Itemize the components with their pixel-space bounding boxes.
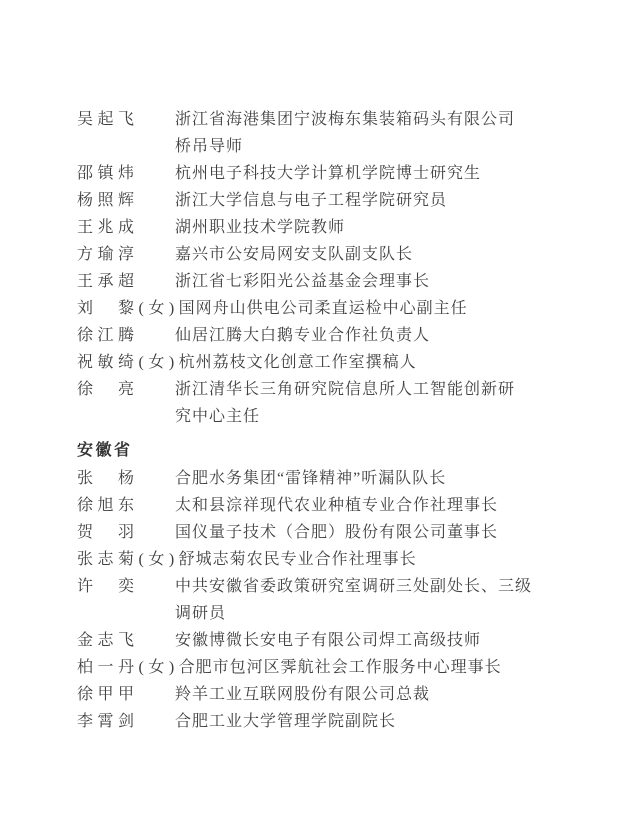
person-title: 浙江省七彩阳光公益基金会理事长: [175, 268, 547, 295]
document-page: 吴起飞浙江省海港集团宁波梅东集装箱码头有限公司桥吊导师邵镇炜杭州电子科技大学计算…: [0, 0, 640, 828]
person-title: 合肥市包河区霁航社会工作服务中心理事长: [179, 654, 547, 681]
list-item: 邵镇炜杭州电子科技大学计算机学院博士研究生: [77, 160, 547, 187]
list-item: 柏一丹(女)合肥市包河区霁航社会工作服务中心理事长: [77, 654, 547, 681]
person-name: 杨照辉: [77, 187, 175, 214]
title-line: 合肥水务集团“雷锋精神”听漏队队长: [175, 465, 547, 492]
list-item: 金志飞安徽博微长安电子有限公司焊工高级技师: [77, 627, 547, 654]
title-line: 浙江省七彩阳光公益基金会理事长: [175, 268, 547, 295]
person-title: 安徽博微长安电子有限公司焊工高级技师: [175, 627, 547, 654]
person-name: 徐 亮: [77, 376, 175, 403]
list-item: 刘 黎(女)国网舟山供电公司柔直运检中心副主任: [77, 295, 547, 322]
person-title: 太和县淙祥现代农业种植专业合作社理事长: [175, 492, 547, 519]
person-title: 国仪量子技术（合肥）股份有限公司董事长: [175, 519, 547, 546]
list-item: 李霄剑合肥工业大学管理学院副院长: [77, 708, 547, 735]
person-name: 邵镇炜: [77, 160, 175, 187]
title-line: 浙江省海港集团宁波梅东集装箱码头有限公司: [175, 106, 547, 133]
title-line: 湖州职业技术学院教师: [175, 214, 547, 241]
person-title: 合肥水务集团“雷锋精神”听漏队队长: [175, 465, 547, 492]
person-name: 徐旭东: [77, 492, 175, 519]
person-name: 李霄剑: [77, 708, 175, 735]
title-line: 浙江大学信息与电子工程学院研究员: [175, 187, 547, 214]
title-line: 中共安徽省委政策研究室调研三处副处长、三级: [175, 573, 547, 600]
person-name: 王兆成: [77, 214, 175, 241]
title-line: 杭州荔枝文化创意工作室撰稿人: [179, 349, 547, 376]
person-name: 吴起飞: [77, 106, 175, 133]
title-line: 杭州电子科技大学计算机学院博士研究生: [175, 160, 547, 187]
person-title: 浙江清华长三角研究院信息所人工智能创新研究中心主任: [175, 376, 547, 430]
list-item: 方瑜淳嘉兴市公安局网安支队副支队长: [77, 241, 547, 268]
person-title: 舒城志菊农民专业合作社理事长: [179, 546, 547, 573]
person-name: 柏一丹(女): [77, 654, 179, 681]
list-item: 许 奕中共安徽省委政策研究室调研三处副处长、三级调研员: [77, 573, 547, 627]
person-title: 合肥工业大学管理学院副院长: [175, 708, 547, 735]
person-title: 羚羊工业互联网股份有限公司总裁: [175, 681, 547, 708]
list-item: 贺 羽国仪量子技术（合肥）股份有限公司董事长: [77, 519, 547, 546]
person-title: 湖州职业技术学院教师: [175, 214, 547, 241]
list-item: 徐旭东太和县淙祥现代农业种植专业合作社理事长: [77, 492, 547, 519]
list-item: 徐甲甲羚羊工业互联网股份有限公司总裁: [77, 681, 547, 708]
person-name: 祝敏绮(女): [77, 349, 179, 376]
title-line: 舒城志菊农民专业合作社理事长: [179, 546, 547, 573]
title-line: 安徽博微长安电子有限公司焊工高级技师: [175, 627, 547, 654]
list-item: 吴起飞浙江省海港集团宁波梅东集装箱码头有限公司桥吊导师: [77, 106, 547, 160]
award-list: 吴起飞浙江省海港集团宁波梅东集装箱码头有限公司桥吊导师邵镇炜杭州电子科技大学计算…: [77, 106, 547, 735]
person-name: 王承超: [77, 268, 175, 295]
person-name: 许 奕: [77, 573, 175, 600]
list-item: 张 杨合肥水务集团“雷锋精神”听漏队队长: [77, 465, 547, 492]
list-item: 张志菊(女)舒城志菊农民专业合作社理事长: [77, 546, 547, 573]
person-name: 方瑜淳: [77, 241, 175, 268]
person-title: 仙居江腾大白鹅专业合作社负责人: [175, 322, 547, 349]
person-title: 嘉兴市公安局网安支队副支队长: [175, 241, 547, 268]
person-title: 浙江大学信息与电子工程学院研究员: [175, 187, 547, 214]
person-name: 贺 羽: [77, 519, 175, 546]
title-line: 合肥工业大学管理学院副院长: [175, 708, 547, 735]
list-item: 杨照辉浙江大学信息与电子工程学院研究员: [77, 187, 547, 214]
title-line: 桥吊导师: [175, 133, 547, 160]
person-name: 张志菊(女): [77, 546, 179, 573]
person-title: 杭州荔枝文化创意工作室撰稿人: [179, 349, 547, 376]
title-line: 国仪量子技术（合肥）股份有限公司董事长: [175, 519, 547, 546]
list-item: 徐江腾仙居江腾大白鹅专业合作社负责人: [77, 322, 547, 349]
person-name: 徐江腾: [77, 322, 175, 349]
person-title: 中共安徽省委政策研究室调研三处副处长、三级调研员: [175, 573, 547, 627]
person-name: 徐甲甲: [77, 681, 175, 708]
title-line: 太和县淙祥现代农业种植专业合作社理事长: [175, 492, 547, 519]
list-item: 王承超浙江省七彩阳光公益基金会理事长: [77, 268, 547, 295]
title-line: 合肥市包河区霁航社会工作服务中心理事长: [179, 654, 547, 681]
person-title: 国网舟山供电公司柔直运检中心副主任: [179, 295, 547, 322]
title-line: 调研员: [175, 600, 547, 627]
title-line: 浙江清华长三角研究院信息所人工智能创新研: [175, 376, 547, 403]
person-title: 杭州电子科技大学计算机学院博士研究生: [175, 160, 547, 187]
title-line: 仙居江腾大白鹅专业合作社负责人: [175, 322, 547, 349]
title-line: 究中心主任: [175, 403, 547, 430]
person-name: 张 杨: [77, 465, 175, 492]
list-item: 徐 亮浙江清华长三角研究院信息所人工智能创新研究中心主任: [77, 376, 547, 430]
title-line: 羚羊工业互联网股份有限公司总裁: [175, 681, 547, 708]
person-name: 金志飞: [77, 627, 175, 654]
title-line: 嘉兴市公安局网安支队副支队长: [175, 241, 547, 268]
list-item: 王兆成湖州职业技术学院教师: [77, 214, 547, 241]
list-item: 祝敏绮(女)杭州荔枝文化创意工作室撰稿人: [77, 349, 547, 376]
person-title: 浙江省海港集团宁波梅东集装箱码头有限公司桥吊导师: [175, 106, 547, 160]
section-header: 安徽省: [77, 437, 547, 464]
person-name: 刘 黎(女): [77, 295, 179, 322]
title-line: 国网舟山供电公司柔直运检中心副主任: [179, 295, 547, 322]
